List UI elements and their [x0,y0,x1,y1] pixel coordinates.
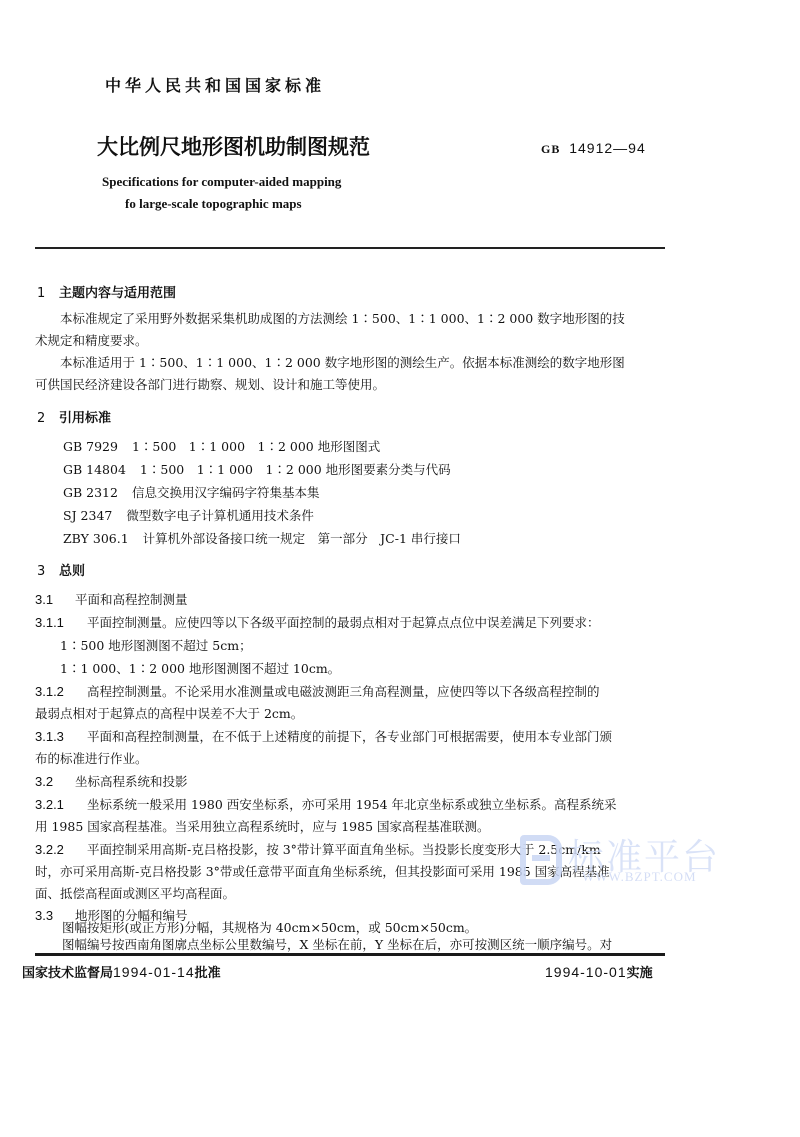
clause-3-1-2: 3.1.2高程控制测量。不论采用水准测量或电磁波测距三角高程测量，应使四等以下各… [35,682,600,700]
header-divider [35,247,665,249]
clause-3-1-3: 3.1.3平面和高程控制测量，在不低于上述精度的前提下，各专业部门可根据需要，使… [35,727,612,745]
section-number: 3 [37,564,59,579]
subsection-number: 3.2 [35,774,75,789]
standard-classification: 中华人民共和国国家标准 [105,73,325,96]
paragraph-line: 时，亦可采用高斯-克吕格投影 3°带或任意带平面直角坐标系统，但其投影面可采用 … [35,862,610,880]
section-title: 引用标准 [59,411,111,426]
paragraph-line: 用 1985 国家高程基准。当采用独立高程系统时，应与 1985 国家高程基准联… [35,817,490,835]
standard-code-prefix: GB [541,142,560,156]
approval-date: 1994-01-14 [113,964,195,980]
subsection-title: 坐标高程系统和投影 [75,774,188,789]
clause-number: 3.1.1 [35,615,87,630]
subsection-title: 平面和高程控制测量 [75,592,188,607]
clause-number: 3.2.2 [35,842,87,857]
section-title: 主题内容与适用范围 [59,286,176,301]
approval-label: 批准 [195,966,221,981]
clause-text: 平面和高程控制测量，在不低于上述精度的前提下，各专业部门可根据需要，使用本专业部… [87,729,612,744]
english-title-line1: Specifications for computer-aided mappin… [102,174,341,190]
section-number: 1 [37,286,59,301]
reference-item: GB 2312信息交换用汉字编码字符集基本集 [63,483,319,501]
effective-date: 1994-10-01 [545,964,627,980]
list-item: 1∶500 地形图测图不超过 5cm； [60,636,252,654]
paragraph-line: 图幅按矩形(或正方形)分幅，其规格为 40cm×50cm，或 50cm×50cm… [62,918,477,936]
reference-code: ZBY 306.1 [63,531,129,546]
clause-number: 3.2.1 [35,797,87,812]
footer-divider [35,953,665,956]
subsection-number: 3.1 [35,592,75,607]
approval-info: 国家技术监督局1994-01-14批准 [22,962,221,981]
reference-code: GB 14804 [63,462,126,477]
reference-title: 1∶500 1∶1 000 1∶2 000 地形图图式 [132,439,380,454]
reference-title: 微型数字电子计算机通用技术条件 [126,508,314,523]
clause-text: 高程控制测量。不论采用水准测量或电磁波测距三角高程测量，应使四等以下各级高程控制… [87,684,600,699]
paragraph-line: 布的标准进行作业。 [35,749,148,767]
reference-title: 计算机外部设备接口统一规定 第一部分 JC-1 串行接口 [143,531,461,546]
reference-item: ZBY 306.1计算机外部设备接口统一规定 第一部分 JC-1 串行接口 [63,529,461,547]
section-1-heading: 1主题内容与适用范围 [37,282,176,301]
clause-text: 平面控制采用高斯-克吕格投影，按 3°带计算平面直角坐标。当投影长度变形大于 2… [87,842,601,857]
section-3-heading: 3总则 [37,560,85,579]
english-title-line2: fo large-scale topographic maps [125,196,302,212]
reference-title: 信息交换用汉字编码字符集基本集 [132,485,320,500]
clause-text: 坐标系统一般采用 1980 西安坐标系，亦可采用 1954 年北京坐标系或独立坐… [87,797,617,812]
reference-code: GB 7929 [63,439,118,454]
clause-number: 3.1.2 [35,684,87,699]
paragraph-line: 最弱点相对于起算点的高程中误差不大于 2cm。 [35,704,303,722]
section-2-heading: 2引用标准 [37,407,111,426]
paragraph-line: 术规定和精度要求。 [35,331,148,349]
effective-info: 1994-10-01实施 [545,962,653,981]
list-item: 1∶1 000、1∶2 000 地形图测图不超过 10cm。 [60,659,340,677]
reference-item: SJ 2347微型数字电子计算机通用技术条件 [63,506,314,524]
reference-code: SJ 2347 [63,508,112,523]
effective-label: 实施 [627,966,653,981]
paragraph-line: 图幅编号按西南角图廓点坐标公里数编号，X 坐标在前，Y 坐标在后，亦可按测区统一… [62,935,612,953]
subsection-3-2-heading: 3.2坐标高程系统和投影 [35,772,188,790]
section-number: 2 [37,411,59,426]
paragraph-line: 本标准适用于 1∶500、1∶1 000、1∶2 000 数字地形图的测绘生产。… [60,353,625,371]
paragraph-line: 面、抵偿高程面或测区平均高程面。 [35,884,235,902]
reference-title: 1∶500 1∶1 000 1∶2 000 地形图要素分类与代码 [140,462,451,477]
clause-text: 平面控制测量。应使四等以下各级平面控制的最弱点相对于起算点点位中误差满足下列要求… [87,615,600,630]
clause-3-2-2: 3.2.2平面控制采用高斯-克吕格投影，按 3°带计算平面直角坐标。当投影长度变… [35,840,601,858]
clause-3-1-1: 3.1.1平面控制测量。应使四等以下各级平面控制的最弱点相对于起算点点位中误差满… [35,613,600,631]
reference-code: GB 2312 [63,485,118,500]
subsection-3-1-heading: 3.1平面和高程控制测量 [35,590,188,608]
reference-item: GB 148041∶500 1∶1 000 1∶2 000 地形图要素分类与代码 [63,460,451,478]
paragraph-line: 可供国民经济建设各部门进行勘察、规划、设计和施工等使用。 [35,375,385,393]
document-title: 大比例尺地形图机助制图规范 [97,131,370,161]
approval-org: 国家技术监督局 [22,966,113,981]
paragraph-line: 本标准规定了采用野外数据采集机助成图的方法测绘 1∶500、1∶1 000、1∶… [60,309,625,327]
clause-number: 3.1.3 [35,729,87,744]
standard-code: GB 14912—94 [541,140,646,157]
standard-code-number: 14912—94 [569,140,646,156]
section-title: 总则 [59,564,85,579]
clause-3-2-1: 3.2.1坐标系统一般采用 1980 西安坐标系，亦可采用 1954 年北京坐标… [35,795,617,813]
reference-item: GB 79291∶500 1∶1 000 1∶2 000 地形图图式 [63,437,380,455]
